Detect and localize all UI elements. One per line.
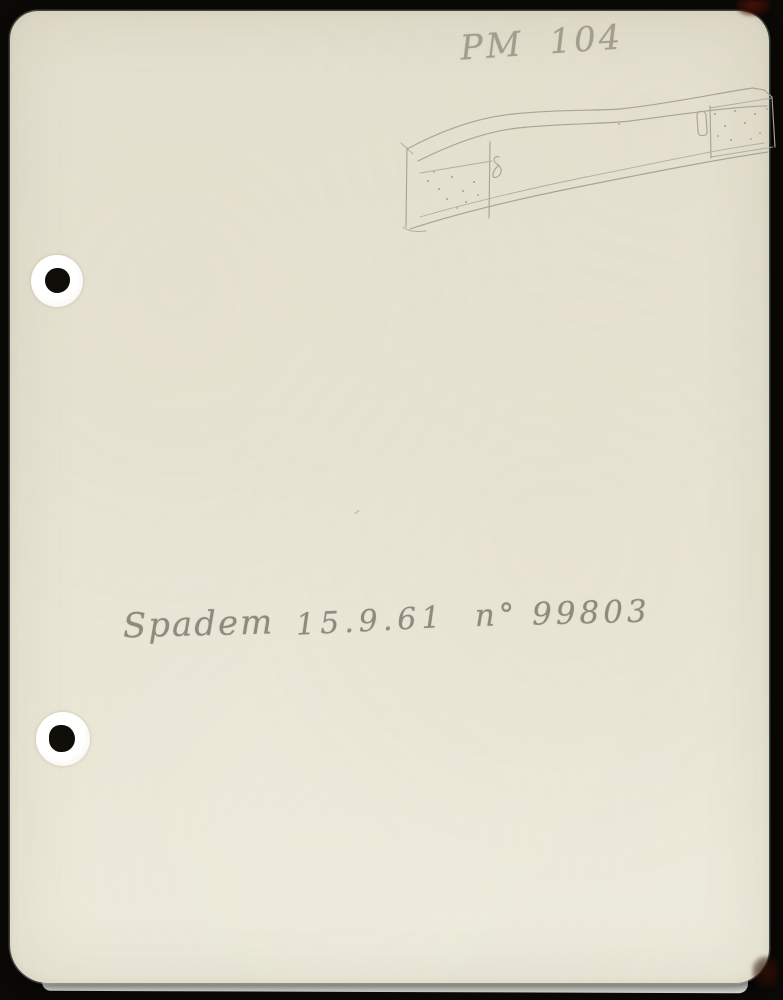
paper-page: PM 104 xyxy=(10,11,769,983)
sketch-bottom-inner-line xyxy=(420,143,764,217)
inscription-number: n° 99803 xyxy=(474,594,651,635)
punched-hole xyxy=(45,268,70,293)
handwritten-catalog-code: PM 104 xyxy=(459,17,625,68)
sketch-left-end xyxy=(406,148,407,227)
sketch-right-door-bottom xyxy=(711,147,773,157)
punched-hole xyxy=(49,725,75,752)
binder-hole-top xyxy=(31,255,83,307)
furniture-sketch xyxy=(398,81,783,241)
scan-background: PM 104 xyxy=(0,0,783,1000)
inscription-name: Spadem xyxy=(122,602,274,646)
sketch-stray-dot xyxy=(618,123,620,125)
sketch-left-door-top xyxy=(420,161,492,173)
handwritten-inscription: Spadem 15.9.61 n° 99803 xyxy=(122,587,683,662)
sketch-left-handle xyxy=(493,157,501,178)
sketch-right-divider xyxy=(710,106,711,158)
sketch-right-perforations xyxy=(714,108,768,141)
stray-pencil-tick xyxy=(354,509,360,514)
inscription-date: 15.9.61 xyxy=(295,600,446,643)
binder-hole-bottom xyxy=(36,712,90,766)
sketch-right-handle xyxy=(697,111,708,136)
